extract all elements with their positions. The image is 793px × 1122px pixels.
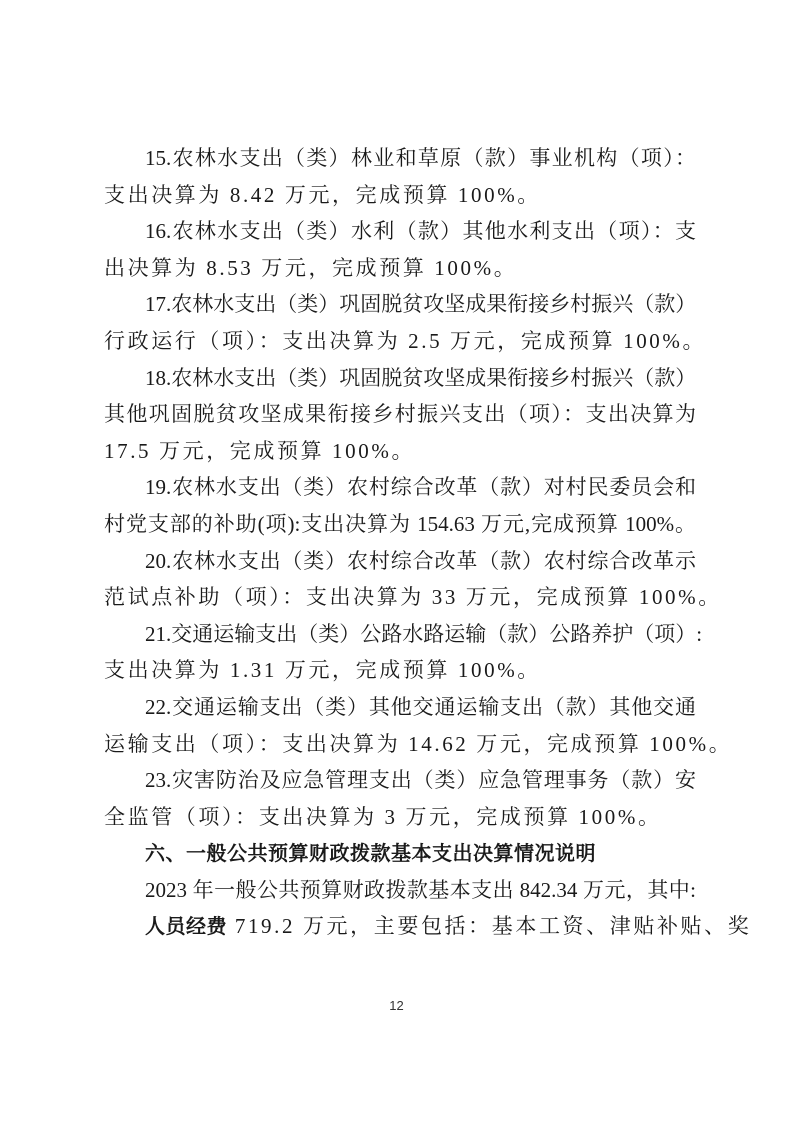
- item-18-line-1: 18.农林水支出（类）巩固脱贫攻坚成果衔接乡村振兴（款）: [104, 360, 696, 397]
- item-22-line-2: 运输支出（项）：支出决算为 14.62 万元，完成预算 100%。: [104, 726, 696, 763]
- item-15-line-2: 支出决算为 8.42 万元，完成预算 100%。: [104, 177, 696, 214]
- personnel-text: 719.2 万元，主要包括：基本工资、津贴补贴、奖: [227, 914, 751, 938]
- item-20-line-1: 20.农林水支出（类）农村综合改革（款）农村综合改革示: [104, 543, 696, 580]
- item-17-line-2: 行政运行（项）：支出决算为 2.5 万元，完成预算 100%。: [104, 323, 696, 360]
- item-23-line-2: 全监管（项）：支出决算为 3 万元，完成预算 100%。: [104, 799, 696, 836]
- item-15-line-1: 15.农林水支出（类）林业和草原（款）事业机构（项）：: [104, 140, 696, 177]
- item-20-line-2: 范试点补助（项）：支出决算为 33 万元，完成预算 100%。: [104, 579, 696, 616]
- item-19-line-2: 村党支部的补助(项):支出决算为 154.63 万元,完成预算 100%。: [104, 506, 696, 543]
- item-16-line-2: 出决算为 8.53 万元，完成预算 100%。: [104, 250, 696, 287]
- section-heading: 六、一般公共预算财政拨款基本支出决算情况说明: [104, 835, 696, 872]
- item-18-line-2: 其他巩固脱贫攻坚成果衔接乡村振兴支出（项）：支出决算为: [104, 396, 696, 433]
- section-summary: 2023 年一般公共预算财政拨款基本支出 842.34 万元，其中:: [104, 872, 696, 909]
- item-22-line-1: 22.交通运输支出（类）其他交通运输支出（款）其他交通: [104, 689, 696, 726]
- item-18-line-3: 17.5 万元，完成预算 100%。: [104, 433, 696, 470]
- item-21-line-2: 支出决算为 1.31 万元，完成预算 100%。: [104, 652, 696, 689]
- item-17-line-1: 17.农林水支出（类）巩固脱贫攻坚成果衔接乡村振兴（款）: [104, 286, 696, 323]
- document-page: 15.农林水支出（类）林业和草原（款）事业机构（项）： 支出决算为 8.42 万…: [104, 140, 696, 945]
- item-23-line-1: 23.灾害防治及应急管理支出（类）应急管理事务（款）安: [104, 762, 696, 799]
- personnel-line: 人员经费 719.2 万元，主要包括：基本工资、津贴补贴、奖: [104, 908, 696, 945]
- item-21-line-1: 21.交通运输支出（类）公路水路运输（款）公路养护（项）:: [104, 616, 696, 653]
- item-19-line-1: 19.农林水支出（类）农村综合改革（款）对村民委员会和: [104, 469, 696, 506]
- personnel-label: 人员经费: [145, 914, 227, 938]
- item-16-line-1: 16.农林水支出（类）水利（款）其他水利支出（项）：支: [104, 213, 696, 250]
- page-number: 12: [0, 998, 793, 1013]
